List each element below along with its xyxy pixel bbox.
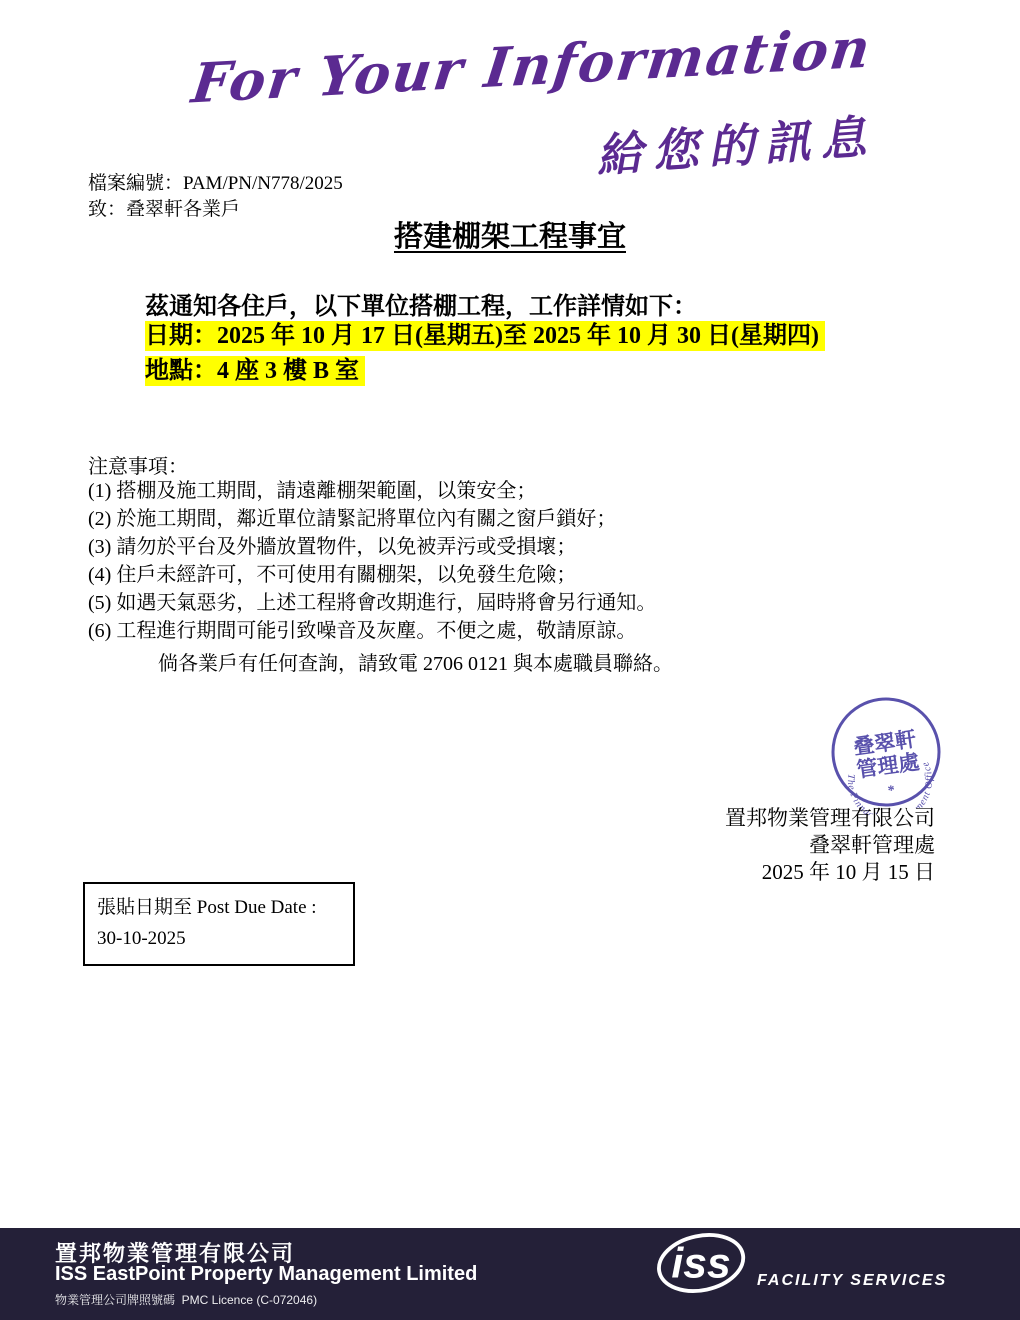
footer-bar: 置邦物業管理有限公司 ISS EastPoint Property Manage… xyxy=(0,1228,1020,1320)
file-reference: 檔案編號：PAM/PN/N778/2025 xyxy=(88,168,343,195)
footer-licence: 物業管理公司牌照號碼 PMC Licence (C-072046) xyxy=(55,1291,317,1308)
notice-intro: 茲通知各住戶，以下單位搭棚工程，工作詳情如下： xyxy=(145,286,697,321)
note-item: (1) 搭棚及施工期間，請遠離棚架範圍，以策安全； xyxy=(88,477,656,505)
signoff-office: 叠翠軒管理處 xyxy=(725,832,935,859)
contact-line: 倘各業戶有任何查詢，請致電 2706 0121 與本處職員聯絡。 xyxy=(158,647,673,676)
highlight-location-line: 地點：4 座 3 樓 B 室 xyxy=(145,354,825,389)
notice-document: For Your Information 給您的訊息 檔案編號：PAM/PN/N… xyxy=(0,0,1020,1320)
highlight-date-line: 日期：2025 年 10 月 17 日(星期五)至 2025 年 10 月 30… xyxy=(145,319,825,354)
note-item: (5) 如遇天氣惡劣，上述工程將會改期進行，屆時將會另行通知。 xyxy=(88,589,656,617)
notes-heading: 注意事項： xyxy=(88,450,188,479)
note-item: (2) 於施工期間，鄰近單位請緊記將單位內有關之窗戶鎖好； xyxy=(88,505,656,533)
office-stamp: The Pinnacle Management Office 叠翠軒 管理處 * xyxy=(814,684,957,821)
post-due-date-label: 張貼日期至 Post Due Date : xyxy=(97,892,341,923)
iss-logo-icon: iss xyxy=(655,1232,753,1301)
fyi-script-logo: For Your Information xyxy=(188,21,775,116)
post-due-date-value: 30-10-2025 xyxy=(97,923,341,954)
iss-logo-text: iss xyxy=(671,1240,730,1288)
highlighted-details: 日期：2025 年 10 月 17 日(星期五)至 2025 年 10 月 30… xyxy=(145,319,825,389)
signoff-date: 2025 年 10 月 15 日 xyxy=(725,859,935,886)
note-item: (6) 工程進行期間可能引致噪音及灰塵。不便之處，敬請原諒。 xyxy=(88,617,656,645)
fyi-chinese-calligraphy: 給您的訊息 xyxy=(594,100,878,185)
footer-logo-caption: FACILITY SERVICES xyxy=(757,1272,947,1290)
post-due-date-box: 張貼日期至 Post Due Date : 30-10-2025 xyxy=(83,882,355,966)
stamp-seal-icon: The Pinnacle Management Office 叠翠軒 管理處 * xyxy=(814,684,957,821)
note-item: (4) 住戶未經許可，不可使用有關棚架，以免發生危險； xyxy=(88,561,656,589)
page-title: 搭建棚架工程事宜 xyxy=(0,214,1020,255)
signoff-company: 置邦物業管理有限公司 xyxy=(725,805,935,832)
notes-list: (1) 搭棚及施工期間，請遠離棚架範圍，以策安全； (2) 於施工期間，鄰近單位… xyxy=(88,477,656,645)
note-item: (3) 請勿於平台及外牆放置物件，以免被弄污或受損壞； xyxy=(88,533,656,561)
stamp-bottom-mark: * xyxy=(887,783,896,799)
signoff-block: 置邦物業管理有限公司 叠翠軒管理處 2025 年 10 月 15 日 xyxy=(725,805,935,886)
footer-company-en: ISS EastPoint Property Management Limite… xyxy=(55,1263,477,1286)
